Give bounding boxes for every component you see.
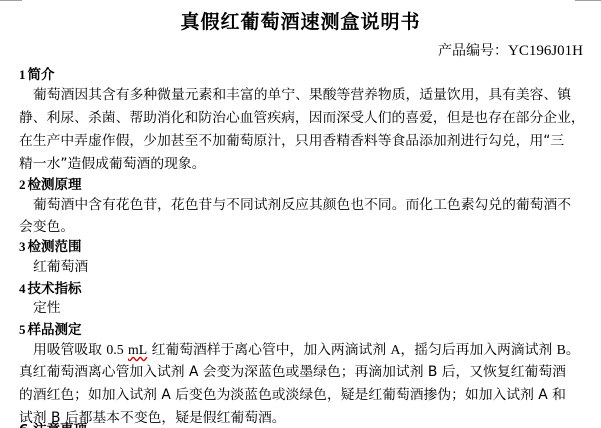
intro-line-4: 精一水”造假成葡萄酒的现象。 <box>19 153 206 176</box>
product-code: 产品编号：YC196J01H <box>438 41 583 61</box>
scope-line-1: 红葡萄酒 <box>19 256 88 279</box>
product-code-label: 产品编号： <box>438 43 508 59</box>
intro-line-3: 在生产中弄虚作假，少加甚至不加葡萄原汁，只用香精香料等食品添加剂进行勾兑，用“三 <box>19 130 564 153</box>
text-fragment: 。 <box>566 342 580 358</box>
spec-line-1: 定性 <box>19 297 61 320</box>
intro-line-2: 静、利尿、杀菌、帮助消化和防治心血管疾病，因而深受人们的喜爱，但是也存在部分企业… <box>19 107 585 130</box>
section-number: 2 <box>19 177 26 192</box>
principle-line-2: 会变色。 <box>19 216 74 239</box>
section-number: 5 <box>19 322 26 337</box>
section-title: 检测原理 <box>28 177 82 193</box>
procedure-line-1: 用吸管吸取 0.5 mL 红葡萄酒样于离心管中，加入两滴试剂 A，摇匀后再加入两… <box>19 338 580 362</box>
product-code-value: YC196J01H <box>508 43 583 59</box>
section-heading-procedure: 5样品测定 <box>19 321 82 339</box>
reagent-a: A <box>391 342 401 357</box>
principle-line-1: 葡萄酒中含有花色苷，花色苷与不同试剂反应其颜色也不同。而化工色素勾兑的葡萄酒不 <box>19 194 571 217</box>
section-number: 3 <box>19 239 26 254</box>
text-fragment: 红葡萄酒样于离心管中，加入两滴试剂 <box>147 342 390 358</box>
section-number: 4 <box>19 281 26 296</box>
document-title: 真假红葡萄酒速测盒说明书 <box>0 9 601 35</box>
section-title: 样品测定 <box>28 322 82 338</box>
section-heading-intro: 1简介 <box>19 66 55 84</box>
procedure-line-2: 真红葡萄酒离心管加入试剂 A 会变为深蓝色或墨绿色；再滴加试剂 B 后，又恢复红… <box>19 361 566 384</box>
procedure-line-3: 的酒红色；如加入试剂 A 后变色为淡蓝色或淡绿色，疑是红葡萄酒掺伪；如加入试剂 … <box>19 384 566 407</box>
volume-value: 0.5 <box>106 342 123 357</box>
section-heading-scope: 3检测范围 <box>19 238 82 256</box>
section-title: 技术指标 <box>28 281 82 297</box>
text-fragment: 用吸管吸取 <box>33 342 106 358</box>
volume-unit-spellcheck: mL <box>128 342 147 357</box>
clipped-next-heading: 6 注意事项 <box>19 421 87 428</box>
reagent-b: B <box>557 342 566 357</box>
section-heading-spec: 4技术指标 <box>19 280 82 298</box>
section-heading-principle: 2检测原理 <box>19 176 82 194</box>
section-title: 检测范围 <box>28 239 82 255</box>
document-page: 真假红葡萄酒速测盒说明书 产品编号：YC196J01H 1简介 葡萄酒因其含有多… <box>0 0 601 428</box>
section-title: 简介 <box>28 67 55 83</box>
text-fragment: ，摇匀后再加入两滴试剂 <box>400 342 556 358</box>
intro-line-1: 葡萄酒因其含有多种微量元素和丰富的单宁、果酸等营养物质，适量饮用，具有美容、镇 <box>19 84 571 107</box>
section-number: 1 <box>19 67 26 82</box>
